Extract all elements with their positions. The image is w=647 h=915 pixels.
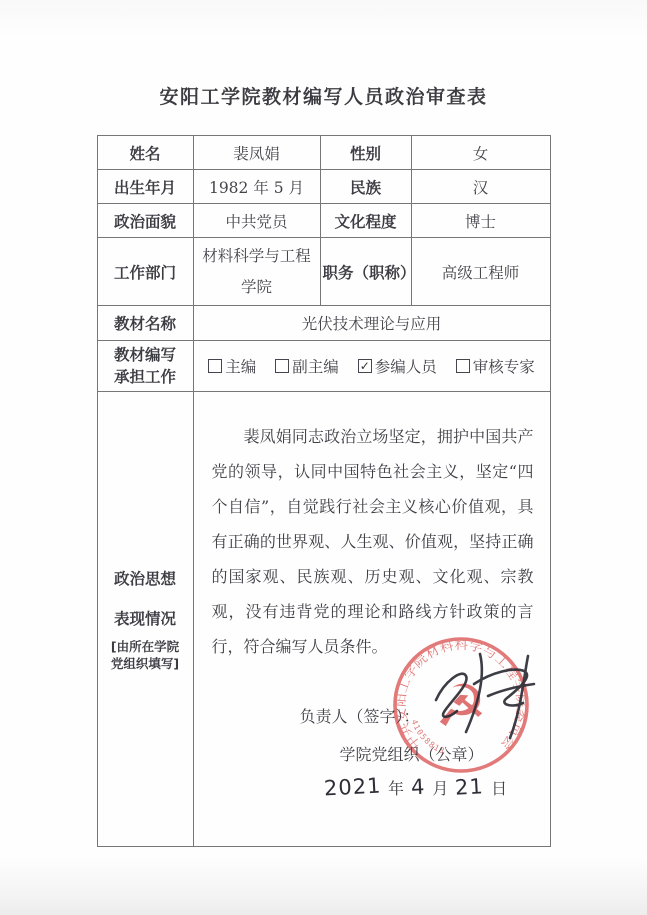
field-role-options: 主编 副主编 ✓ 参编人员 审核专家 — [193, 341, 550, 392]
field-textbook-value: 光伏技术理论与应用 — [193, 306, 550, 341]
field-position-label: 职务（职称） — [320, 238, 411, 306]
field-gender-label: 性别 — [320, 136, 411, 170]
field-education-value: 博士 — [411, 204, 550, 238]
field-name-label: 姓名 — [97, 136, 193, 170]
date-month-handwritten: 4 — [410, 775, 426, 800]
field-role-label-line1: 教材编写 — [114, 346, 176, 364]
field-role-label: 教材编写 承担工作 — [97, 341, 193, 392]
role-option-label: 审核专家 — [473, 355, 535, 377]
date-year-handwritten: 2021 — [323, 774, 382, 801]
role-option-chief-editor: 主编 — [208, 355, 256, 377]
checkbox-unchecked-icon — [208, 359, 222, 373]
checkbox-checked-icon: ✓ — [358, 359, 372, 373]
field-position-value: 高级工程师 — [411, 238, 550, 306]
date-day-handwritten: 21 — [455, 774, 485, 799]
table-row: 政治面貌 中共党员 文化程度 博士 — [97, 204, 550, 238]
role-option-review-expert: 审核专家 — [456, 355, 535, 377]
signer-label: 负责人（签字）： — [300, 704, 420, 727]
political-performance-cell: 裴凤娟同志政治立场坚定，拥护中国共产党的领导，认同中国特色社会主义，坚定“四个自… — [193, 392, 550, 847]
role-option-contributor: ✓ 参编人员 — [358, 355, 437, 377]
note-line2: 党组织填写] — [111, 656, 179, 671]
field-gender-value: 女 — [411, 136, 550, 170]
field-political-performance-label: 政治思想 表现情况 [由所在学院 党组织填写] — [97, 392, 193, 847]
field-department-label: 工作部门 — [97, 238, 193, 306]
table-row: 教材编写 承担工作 主编 副主编 ✓ — [97, 341, 550, 392]
review-form-table: 姓名 裴凤娟 性别 女 出生年月 1982 年 5 月 民族 汉 政治面貌 中共… — [97, 135, 551, 847]
role-option-label: 参编人员 — [375, 355, 437, 377]
table-row: 工作部门 材料科学与工程学院 职务（职称） 高级工程师 — [97, 238, 550, 306]
political-label-note: [由所在学院 党组织填写] — [100, 638, 191, 672]
date-month-unit: 月 — [432, 776, 448, 799]
political-assessment-paragraph: 裴凤娟同志政治立场坚定，拥护中国共产党的领导，认同中国特色社会主义，坚定“四个自… — [212, 419, 534, 664]
signature-scribble — [422, 638, 562, 748]
field-political-status-value: 中共党员 — [193, 204, 320, 238]
field-ethnicity-label: 民族 — [320, 170, 411, 204]
table-row: 出生年月 1982 年 5 月 民族 汉 — [97, 170, 550, 204]
role-option-label: 副主编 — [292, 355, 339, 377]
role-option-deputy-editor: 副主编 — [275, 355, 339, 377]
field-birth-value: 1982 年 5 月 — [193, 170, 320, 204]
political-label-line2: 表现情况 — [114, 610, 176, 628]
field-political-status-label: 政治面貌 — [97, 204, 193, 238]
role-option-label: 主编 — [225, 355, 256, 377]
note-line1: [由所在学院 — [111, 639, 179, 654]
page-title: 安阳工学院教材编写人员政治审查表 — [0, 82, 647, 109]
checkbox-unchecked-icon — [275, 359, 289, 373]
document-page: 安阳工学院教材编写人员政治审查表 姓名 裴凤娟 性别 女 出生年月 1982 年… — [0, 0, 647, 915]
date-line: 2021 年 4 月 21 日 — [324, 775, 508, 799]
field-name-value: 裴凤娟 — [193, 136, 320, 170]
date-year-unit: 年 — [388, 776, 404, 799]
field-department-value: 材料科学与工程学院 — [193, 238, 320, 306]
table-row: 姓名 裴凤娟 性别 女 — [97, 136, 550, 170]
checkbox-unchecked-icon — [456, 359, 470, 373]
field-birth-label: 出生年月 — [97, 170, 193, 204]
org-seal-label: 学院党组织（公章） — [340, 742, 484, 765]
table-row: 教材名称 光伏技术理论与应用 — [97, 306, 550, 341]
field-role-label-line2: 承担工作 — [114, 368, 176, 386]
political-label-line1: 政治思想 — [114, 570, 176, 588]
table-row: 政治思想 表现情况 [由所在学院 党组织填写] 裴凤娟同志政治立场坚定，拥护中国… — [97, 392, 550, 847]
date-day-unit: 日 — [491, 776, 507, 799]
field-ethnicity-value: 汉 — [411, 170, 550, 204]
field-textbook-label: 教材名称 — [97, 306, 193, 341]
role-options-row: 主编 副主编 ✓ 参编人员 审核专家 — [196, 355, 548, 377]
field-education-label: 文化程度 — [320, 204, 411, 238]
